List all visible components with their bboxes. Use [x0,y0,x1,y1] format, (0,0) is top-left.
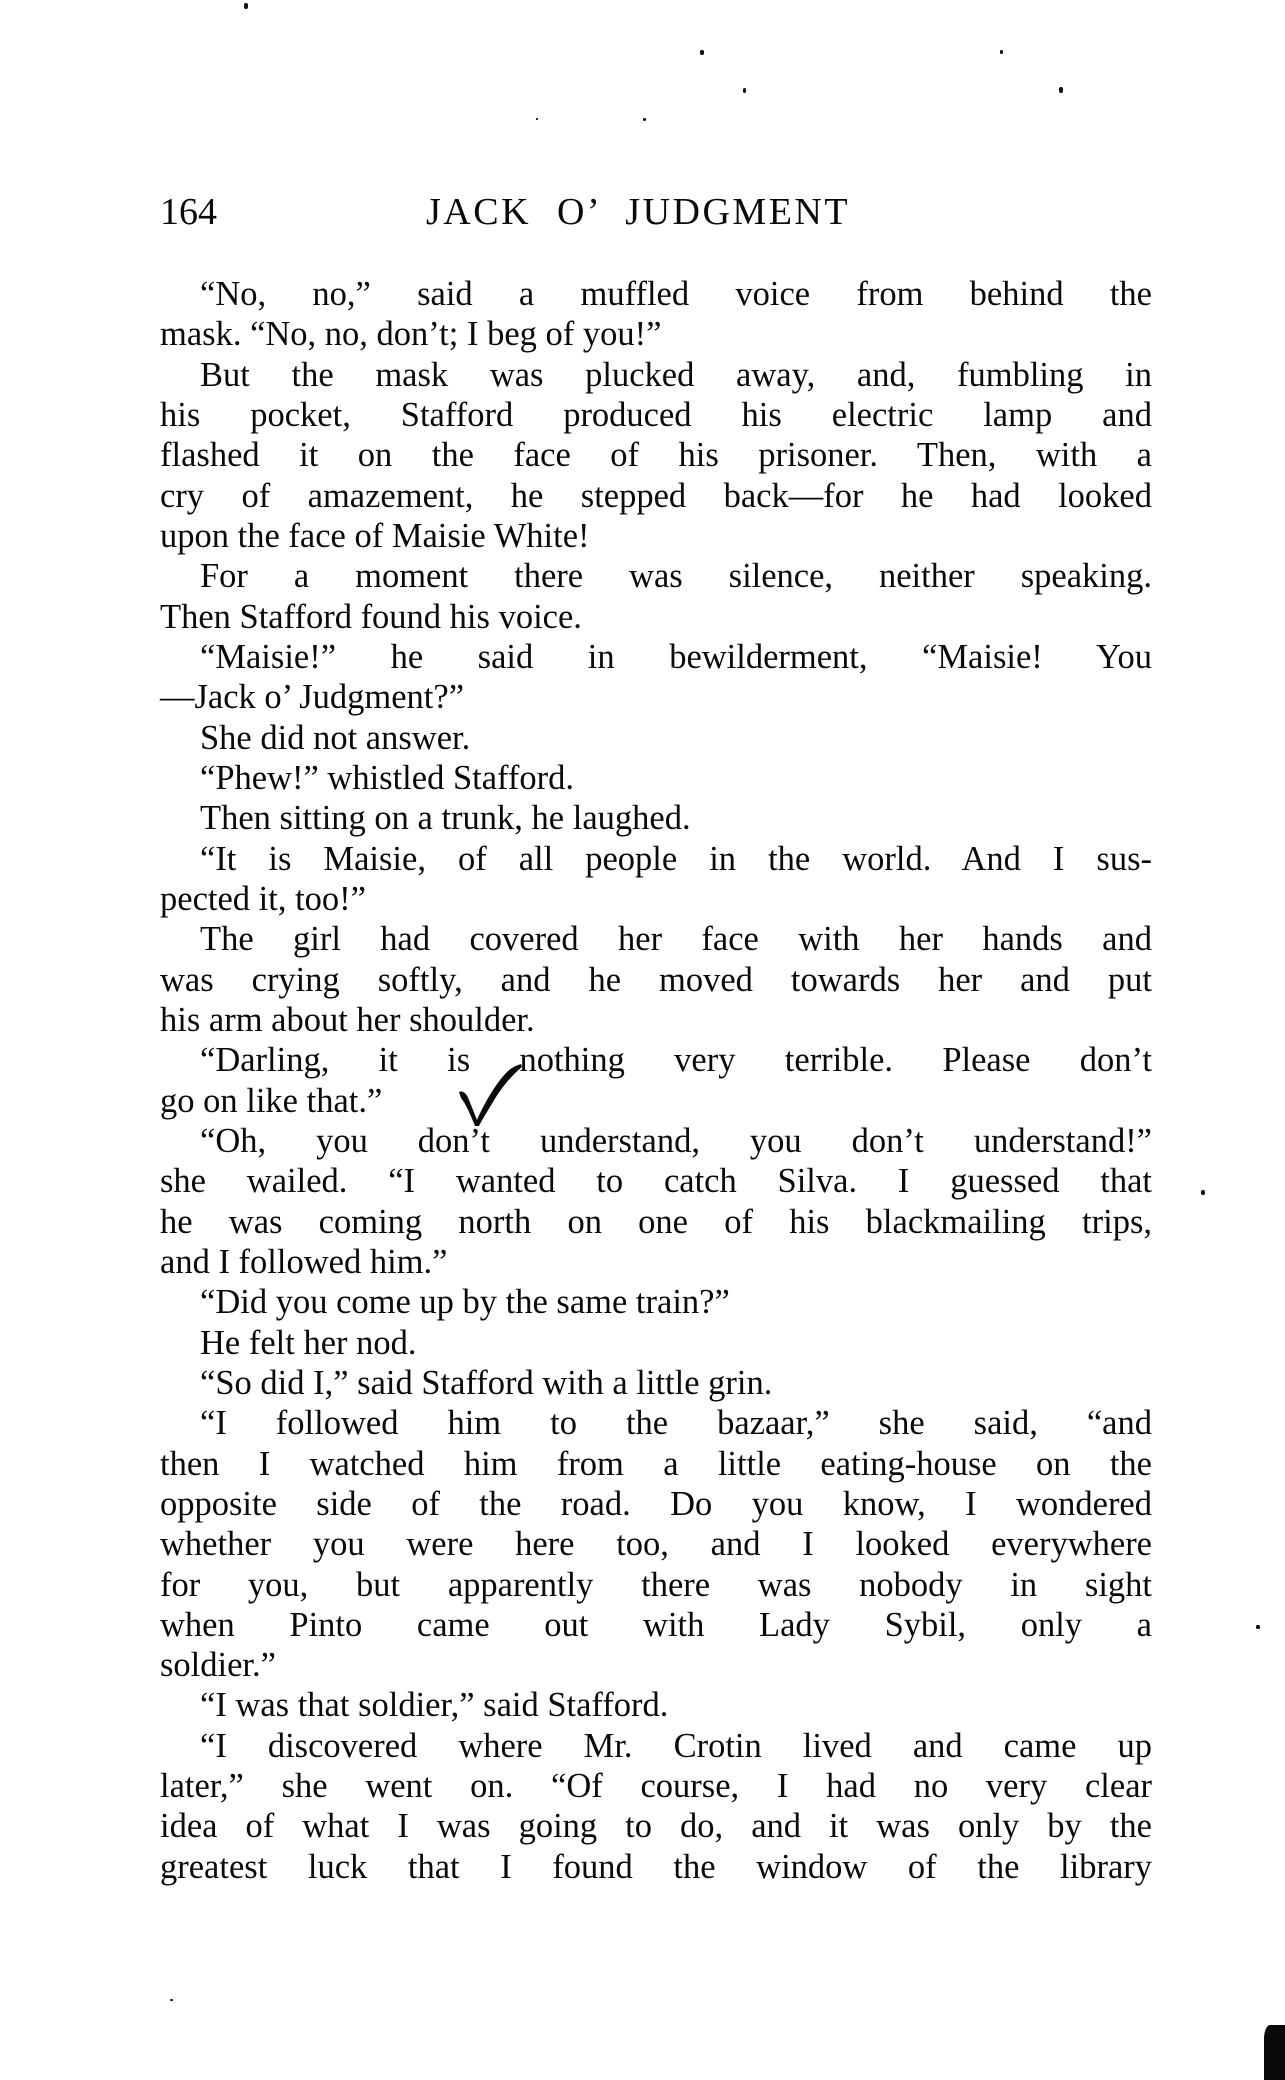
text-line: mask. “No, no, don’t; I beg of you!” [160,314,1152,354]
text-line: cry of amazement, he stepped back—for he… [160,476,1152,516]
text-line: when Pinto came out with Lady Sybil, onl… [160,1605,1152,1645]
text-line: she wailed. “I wanted to catch Silva. I … [160,1161,1152,1201]
text-line: later,” she went on. “Of course, I had n… [160,1766,1152,1806]
text-line: idea of what I was going to do, and it w… [160,1806,1152,1846]
text-line: opposite side of the road. Do you know, … [160,1484,1152,1524]
text-line: Then sitting on a trunk, he laughed. [160,798,1152,838]
speck-mark [244,3,248,9]
speck-mark [700,50,704,55]
text-line: He felt her nod. [160,1323,1152,1363]
text-line: his arm about her shoulder. [160,1000,1152,1040]
text-line: was crying softly, and he moved towards … [160,960,1152,1000]
text-line: “I followed him to the bazaar,” she said… [160,1403,1152,1443]
speck-mark [743,88,746,93]
text-line: “Phew!” whistled Stafford. [160,758,1152,798]
running-title: JACK O’ JUDGMENT [426,188,850,236]
text-line: —Jack o’ Judgment?” [160,677,1152,717]
text-line: Then Stafford found his voice. [160,597,1152,637]
speck-mark [536,118,538,120]
text-line: “So did I,” said Stafford with a little … [160,1363,1152,1403]
text-line: soldier.” [160,1645,1152,1685]
body-text: “No, no,” said a muffled voice from behi… [160,274,1152,1887]
text-line: For a moment there was silence, neither … [160,556,1152,596]
text-line: “I discovered where Mr. Crotin lived and… [160,1726,1152,1766]
text-line: “Did you come up by the same train?” [160,1282,1152,1322]
text-line: “It is Maisie, of all people in the worl… [160,839,1152,879]
text-line: his pocket, Stafford produced his electr… [160,395,1152,435]
speck-mark [1000,50,1003,54]
text-line: pected it, too!” [160,879,1152,919]
speck-mark [1201,1190,1205,1195]
page-edge-blot [1264,2025,1285,2080]
text-line: She did not answer. [160,718,1152,758]
text-line: go on like that.” [160,1081,1152,1121]
text-line: upon the face of Maisie White! [160,516,1152,556]
text-line: “Oh, you don’t understand, you don’t und… [160,1121,1152,1161]
speck-mark [1256,1625,1260,1629]
book-page: 164 JACK O’ JUDGMENT “No, no,” said a mu… [0,0,1285,2080]
page-number: 164 [160,188,217,236]
text-line: he was coming north on one of his blackm… [160,1202,1152,1242]
text-line: greatest luck that I found the window of… [160,1847,1152,1887]
speck-mark [1059,87,1063,93]
text-line: The girl had covered her face with her h… [160,919,1152,959]
text-line: “No, no,” said a muffled voice from behi… [160,274,1152,314]
text-line: then I watched him from a little eating-… [160,1444,1152,1484]
text-line: “I was that soldier,” said Stafford. [160,1685,1152,1725]
running-head: 164 JACK O’ JUDGMENT [160,188,1150,236]
text-line: for you, but apparently there was nobody… [160,1565,1152,1605]
speck-mark [643,118,646,121]
text-line: flashed it on the face of his prisoner. … [160,435,1152,475]
text-line: “Darling, it is nothing very terrible. P… [160,1040,1152,1080]
text-line: “Maisie!” he said in bewilderment, “Mais… [160,637,1152,677]
speck-mark [170,1999,173,2001]
text-line: whether you were here too, and I looked … [160,1524,1152,1564]
checkmark-icon [455,1062,527,1128]
text-line: But the mask was plucked away, and, fumb… [160,355,1152,395]
text-line: and I followed him.” [160,1242,1152,1282]
